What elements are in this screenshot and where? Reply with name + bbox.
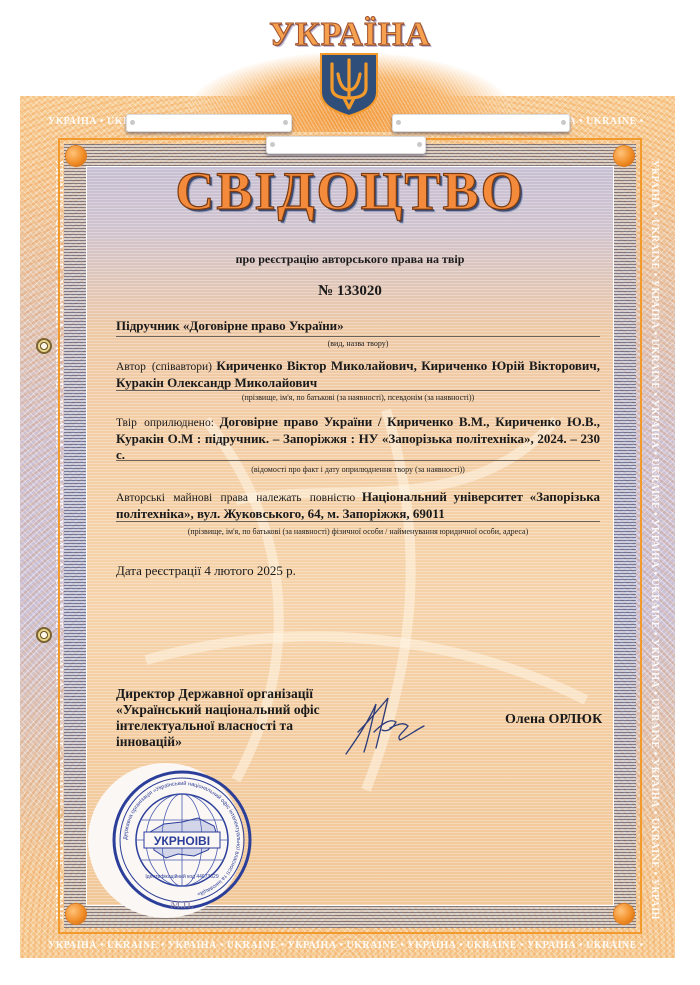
corner-orb-bottom-right xyxy=(614,904,634,924)
border-strip-bottom: УКРАЇНА • UKRAINE • УКРАЇНА • UKRAINE • … xyxy=(48,940,648,951)
name-plate-left xyxy=(126,114,292,132)
rights-holder-rule xyxy=(116,521,600,522)
stamp-mark: М.П. xyxy=(170,899,193,911)
official-stamp-seal-icon: УКРНОІВІ Державна організація «Українськ… xyxy=(108,766,256,914)
name-plate-center xyxy=(266,136,426,154)
stamp-center-text: УКРНОІВІ xyxy=(154,834,210,848)
rights-holder-label: Авторські майнові права належать повніст… xyxy=(116,492,355,504)
director-name: Олена ОРЛЮК xyxy=(505,712,602,728)
authors-caption: (прізвище, ім'я, по батькові (за наявнос… xyxy=(116,393,600,402)
certificate-subtitle: про реєстрацію авторського права на твір xyxy=(0,252,700,267)
name-plate-right xyxy=(392,114,570,132)
rights-holder-field: Авторські майнові права належать повніст… xyxy=(116,489,600,522)
work-field: Підручник «Договірне право України» xyxy=(116,318,600,334)
certificate-number: № 133020 xyxy=(0,283,700,300)
signature-icon xyxy=(338,692,438,762)
work-value: Підручник «Договірне право України» xyxy=(116,318,344,333)
stamp-code-text: Ідентифікаційний код 44673629 xyxy=(145,873,218,880)
authors-field: Автор (співавтори) Кириченко Віктор Мико… xyxy=(116,358,600,391)
rights-holder-caption: (прізвище, ім'я, по батькові (за наявнос… xyxy=(116,527,600,536)
authors-rule xyxy=(116,390,600,391)
work-rule xyxy=(116,336,600,337)
publication-label: Твір оприлюднено: xyxy=(116,417,214,429)
binding-grommet-top xyxy=(36,338,52,354)
certificate-title: СВІДОЦТВО xyxy=(0,160,700,222)
registration-date: Дата реєстрації 4 лютого 2025 р. xyxy=(116,563,296,579)
publication-field: Твір оприлюднено: Договірне право Україн… xyxy=(116,414,600,463)
authors-label: Автор (співавтори) xyxy=(116,361,212,373)
binding-grommet-bottom xyxy=(36,627,52,643)
trident-coat-of-arms-icon xyxy=(318,52,380,118)
border-strip-right: УКРАЇНА • UKRAINE • УКРАЇНА • UKRAINE • … xyxy=(648,160,660,920)
work-caption: (вид, назва твору) xyxy=(116,339,600,348)
director-position: Директор Державної організації «Українсь… xyxy=(116,686,346,750)
country-title: УКРАЇНА xyxy=(0,16,700,54)
corner-orb-bottom-left xyxy=(66,904,86,924)
publication-caption: (відомості про факт і дату оприлюднення … xyxy=(116,465,600,474)
publication-rule xyxy=(116,460,600,461)
